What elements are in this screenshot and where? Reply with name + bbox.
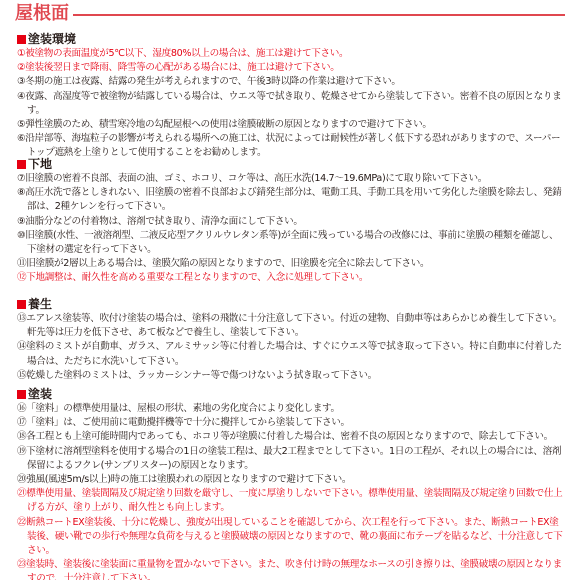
list-item: ⑱各工程とも上塗可能時間内であっても、ホコリ等が塗膜に付着した場合は、密着不良の… bbox=[17, 430, 565, 444]
page-title-row: 屋根面 bbox=[15, 2, 565, 26]
page-title: 屋根面 bbox=[15, 3, 69, 25]
section-title: 塗装環境 bbox=[28, 32, 76, 46]
document-page: 屋根面 塗装環境 ①被塗物の表面温度が5℃以下、湿度80%以上の場合は、施工は避… bbox=[0, 0, 580, 580]
red-square-icon bbox=[17, 160, 26, 169]
section-heading: 養生 bbox=[17, 296, 565, 312]
list-item: ④夜露、高湿度等で被塗物が結露している場合は、ウエス等で拭き取り、乾燥させてから… bbox=[17, 90, 565, 118]
list-item: ⑮乾燥した塗料のミストは、ラッカーシンナー等で傷つけないよう拭き取って下さい。 bbox=[17, 369, 565, 383]
red-square-icon bbox=[17, 390, 26, 399]
red-square-icon bbox=[17, 300, 26, 309]
section-heading: 下地 bbox=[17, 156, 565, 172]
list-item: ①被塗物の表面温度が5℃以下、湿度80%以上の場合は、施工は避けて下さい。 bbox=[17, 47, 565, 61]
list-item: ㉒断熱コートEX塗装後、十分に乾燥し、強度が出現していることを確認してから、次工… bbox=[17, 516, 565, 559]
list-item: ⑯「塗料」の標準使用量は、屋根の形状、素地の劣化度合により変化します。 bbox=[17, 402, 565, 416]
section-coating: 塗装 ⑯「塗料」の標準使用量は、屋根の形状、素地の劣化度合により変化します。 ⑰… bbox=[17, 386, 565, 580]
list-item: ⑲下塗材に溶剤型塗料を使用する場合の1日の塗装工程は、最大2工程までとして下さい… bbox=[17, 445, 565, 473]
section-title: 養生 bbox=[28, 297, 52, 311]
section-masking: 養生 ⑬エアレス塗装等、吹付け塗装の場合は、塗料の飛散に十分注意して下さい。付近… bbox=[17, 296, 565, 383]
list-item: ⑧高圧水洗で落としきれない、旧塗膜の密着不良部および錆発生部分は、電動工具、手動… bbox=[17, 186, 565, 214]
red-square-icon bbox=[17, 35, 26, 44]
title-divider bbox=[73, 14, 565, 16]
list-item: ⑰「塗料」は、ご使用前に電動攪拌機等で十分に攪拌してから塗装して下さい。 bbox=[17, 416, 565, 430]
section-substrate: 下地 ⑦旧塗膜の密着不良部、表面の油、ゴミ、ホコリ、コケ等は、高圧水洗(14.7… bbox=[17, 156, 565, 286]
list-item: ⑫下地調整は、耐久性を高める重要な工程となりますので、入念に処理して下さい。 bbox=[17, 271, 565, 285]
list-item: ⑨油脂分などの付着物は、溶剤で拭き取り、清浄な面にして下さい。 bbox=[17, 215, 565, 229]
list-item: ③冬期の施工は夜露、結露の発生が考えられますので、午後3時以降の作業は避けて下さ… bbox=[17, 75, 565, 89]
list-item: ㉑標準使用量、塗装間隔及び規定塗り回数を厳守し、一度に厚塗りしないで下さい。標準… bbox=[17, 487, 565, 515]
section-title: 塗装 bbox=[28, 387, 52, 401]
section-title: 下地 bbox=[28, 157, 52, 171]
list-item: ②塗装後翌日まで降雨、降雪等の心配がある場合には、施工は避けて下さい。 bbox=[17, 61, 565, 75]
list-item: ⑭塗料のミストが自動車、ガラス、アルミサッシ等に付着した場合は、すぐにウエス等で… bbox=[17, 340, 565, 368]
list-item: ⑳強風(風速5m/s以上)時の施工は塗膜われの原因となりますので避けて下さい。 bbox=[17, 473, 565, 487]
list-item: ⑪旧塗膜が2層以上ある場合は、塗膜欠陥の原因となりますので、旧塗膜を完全に除去し… bbox=[17, 257, 565, 271]
list-item: ⑤弾性塗膜のため、積雪寒冷地の勾配屋根への使用は塗膜破断の原因となりますので避け… bbox=[17, 118, 565, 132]
section-coating-environment: 塗装環境 ①被塗物の表面温度が5℃以下、湿度80%以上の場合は、施工は避けて下さ… bbox=[17, 31, 565, 161]
list-item: ⑩旧塗膜(水性、一液溶剤型、二液反応型アクリルウレタン系等)が全面に残っている場… bbox=[17, 229, 565, 257]
list-item: ⑬エアレス塗装等、吹付け塗装の場合は、塗料の飛散に十分注意して下さい。付近の建物… bbox=[17, 312, 565, 340]
list-item: ㉓塗装時、塗装後に塗装面に重量物を置かないで下さい。また、吹き付け時の無理なホー… bbox=[17, 558, 565, 580]
list-item: ⑦旧塗膜の密着不良部、表面の油、ゴミ、ホコリ、コケ等は、高圧水洗(14.7～19… bbox=[17, 172, 565, 186]
section-heading: 塗装環境 bbox=[17, 31, 565, 47]
section-heading: 塗装 bbox=[17, 386, 565, 402]
